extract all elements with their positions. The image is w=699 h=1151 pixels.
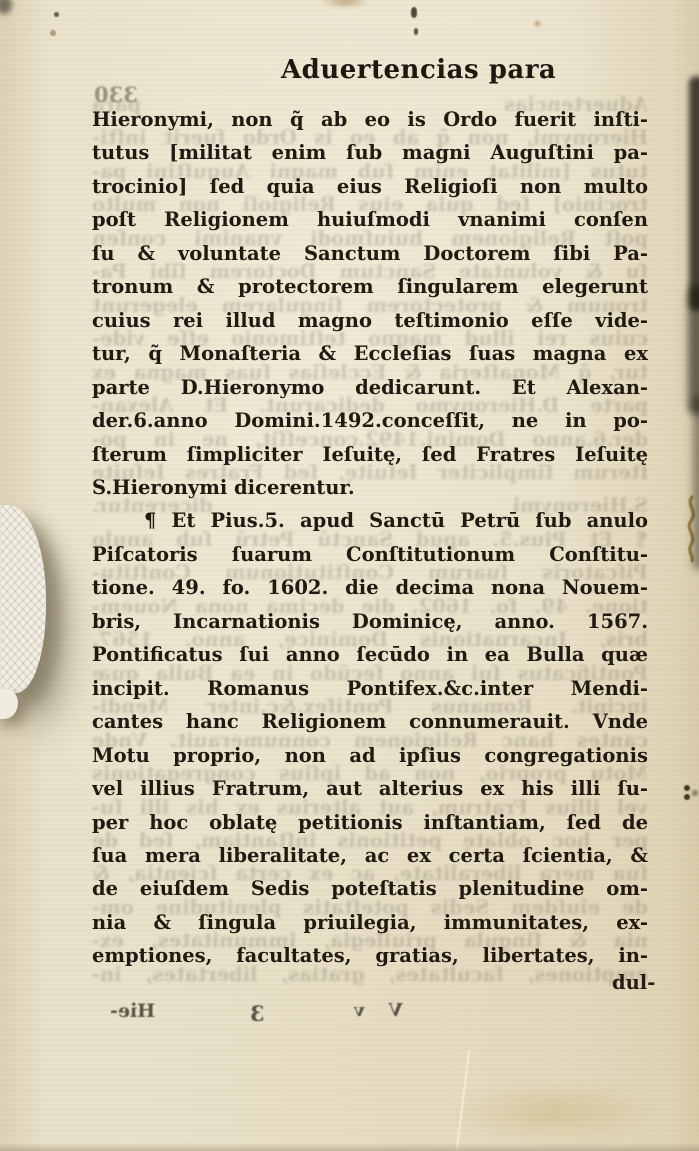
- page-edge-shadow: [0, 0, 12, 14]
- text-line: Hieronymi, non q̃ ab eo is Ordo fuerit i…: [92, 103, 648, 136]
- text-line: tutus [militat enim ſub magni Auguſtini …: [92, 136, 648, 169]
- stain: [320, 0, 370, 8]
- stain: [533, 19, 542, 28]
- text-line: ¶ Et Pius.5. apud Sanctū Petrū ſub anulo: [92, 504, 648, 537]
- text-line: tronum & protectorem ſingularem elegerun…: [92, 270, 648, 303]
- text-line: cuius rei illud magno teſtimonio eſſe vi…: [92, 304, 648, 337]
- page-edge-shadow: [0, 1143, 699, 1151]
- text-line: ſterum ſimpliciter Ieſuitę, ſed Fratres …: [92, 438, 648, 471]
- signature-number-showthrough: 3: [250, 1001, 265, 1026]
- running-header: Aduertencias para: [281, 55, 556, 85]
- stain: [414, 28, 418, 35]
- body-text: Hieronymi, non q̃ ab eo is Ordo fuerit i…: [92, 103, 648, 973]
- catchword-showthrough: Hie-: [110, 1000, 155, 1022]
- stain: [450, 1080, 660, 1146]
- text-line: incipit. Romanus Pontifex.&c.inter Mendi…: [92, 672, 648, 705]
- page-edge-shadow: [689, 76, 699, 311]
- page-edge-shadow: [693, 395, 699, 570]
- text-line: poſt Religionem huiuſmodi vnanimi conſen: [92, 203, 648, 236]
- book-page-scan: Aduertencias paraHieronymi, non q̃ ab eo…: [0, 0, 699, 1151]
- text-line: vel illius Fratrum, aut alterius ex his …: [92, 772, 648, 805]
- text-line: Motu proprio, non ad ipſius congregation…: [92, 739, 648, 772]
- text-line: trocinio] ſed quia eius Religioſi non mu…: [92, 170, 648, 203]
- ink-blot: [684, 785, 690, 791]
- stain: [50, 30, 56, 36]
- text-line: ſu & voluntate Sanctum Doctorem ſibi Pa-: [92, 237, 648, 270]
- text-line: bris, Incarnationis Dominicę, anno. 1567…: [92, 605, 648, 638]
- catchword: dul-: [612, 971, 655, 994]
- text-line: Pontificatus ſui anno ſecūdo in ea Bulla…: [92, 638, 648, 671]
- signature-mark-showthrough: V v: [345, 1000, 403, 1021]
- text-line: cantes hanc Religionem connumerauit. Vnd…: [92, 705, 648, 738]
- text-line: emptiones, facultates, gratias, libertat…: [92, 939, 648, 972]
- text-line: nia & ſingula priuilegia, immunitates, e…: [92, 906, 648, 939]
- text-line: tione. 49. fo. 1602. die decima nona Nou…: [92, 571, 648, 604]
- text-line: parte D.Hieronymo dedicarunt. Et Alexan-: [92, 371, 648, 404]
- text-line: S.Hieronymi dicerentur.: [92, 471, 648, 504]
- text-line: per hoc oblatę petitionis inſtantiam, ſe…: [92, 806, 648, 839]
- stain: [54, 12, 59, 17]
- text-line: der.6.anno Domini.1492.conceſſit, ne in …: [92, 404, 648, 437]
- text-line: tur, q̃ Monaſteria & Eccleſias ſuas magn…: [92, 337, 648, 370]
- text-line: Piſcatoris ſuarum Conſtitutionum Conſtit…: [92, 538, 648, 571]
- cloth-fragment: [0, 505, 46, 693]
- stain: [411, 7, 417, 18]
- text-line: de eiuſdem Sedis poteſtatis plenitudine …: [92, 872, 648, 905]
- text-line: ſua mera liberalitate, ac ex certa ſcien…: [92, 839, 648, 872]
